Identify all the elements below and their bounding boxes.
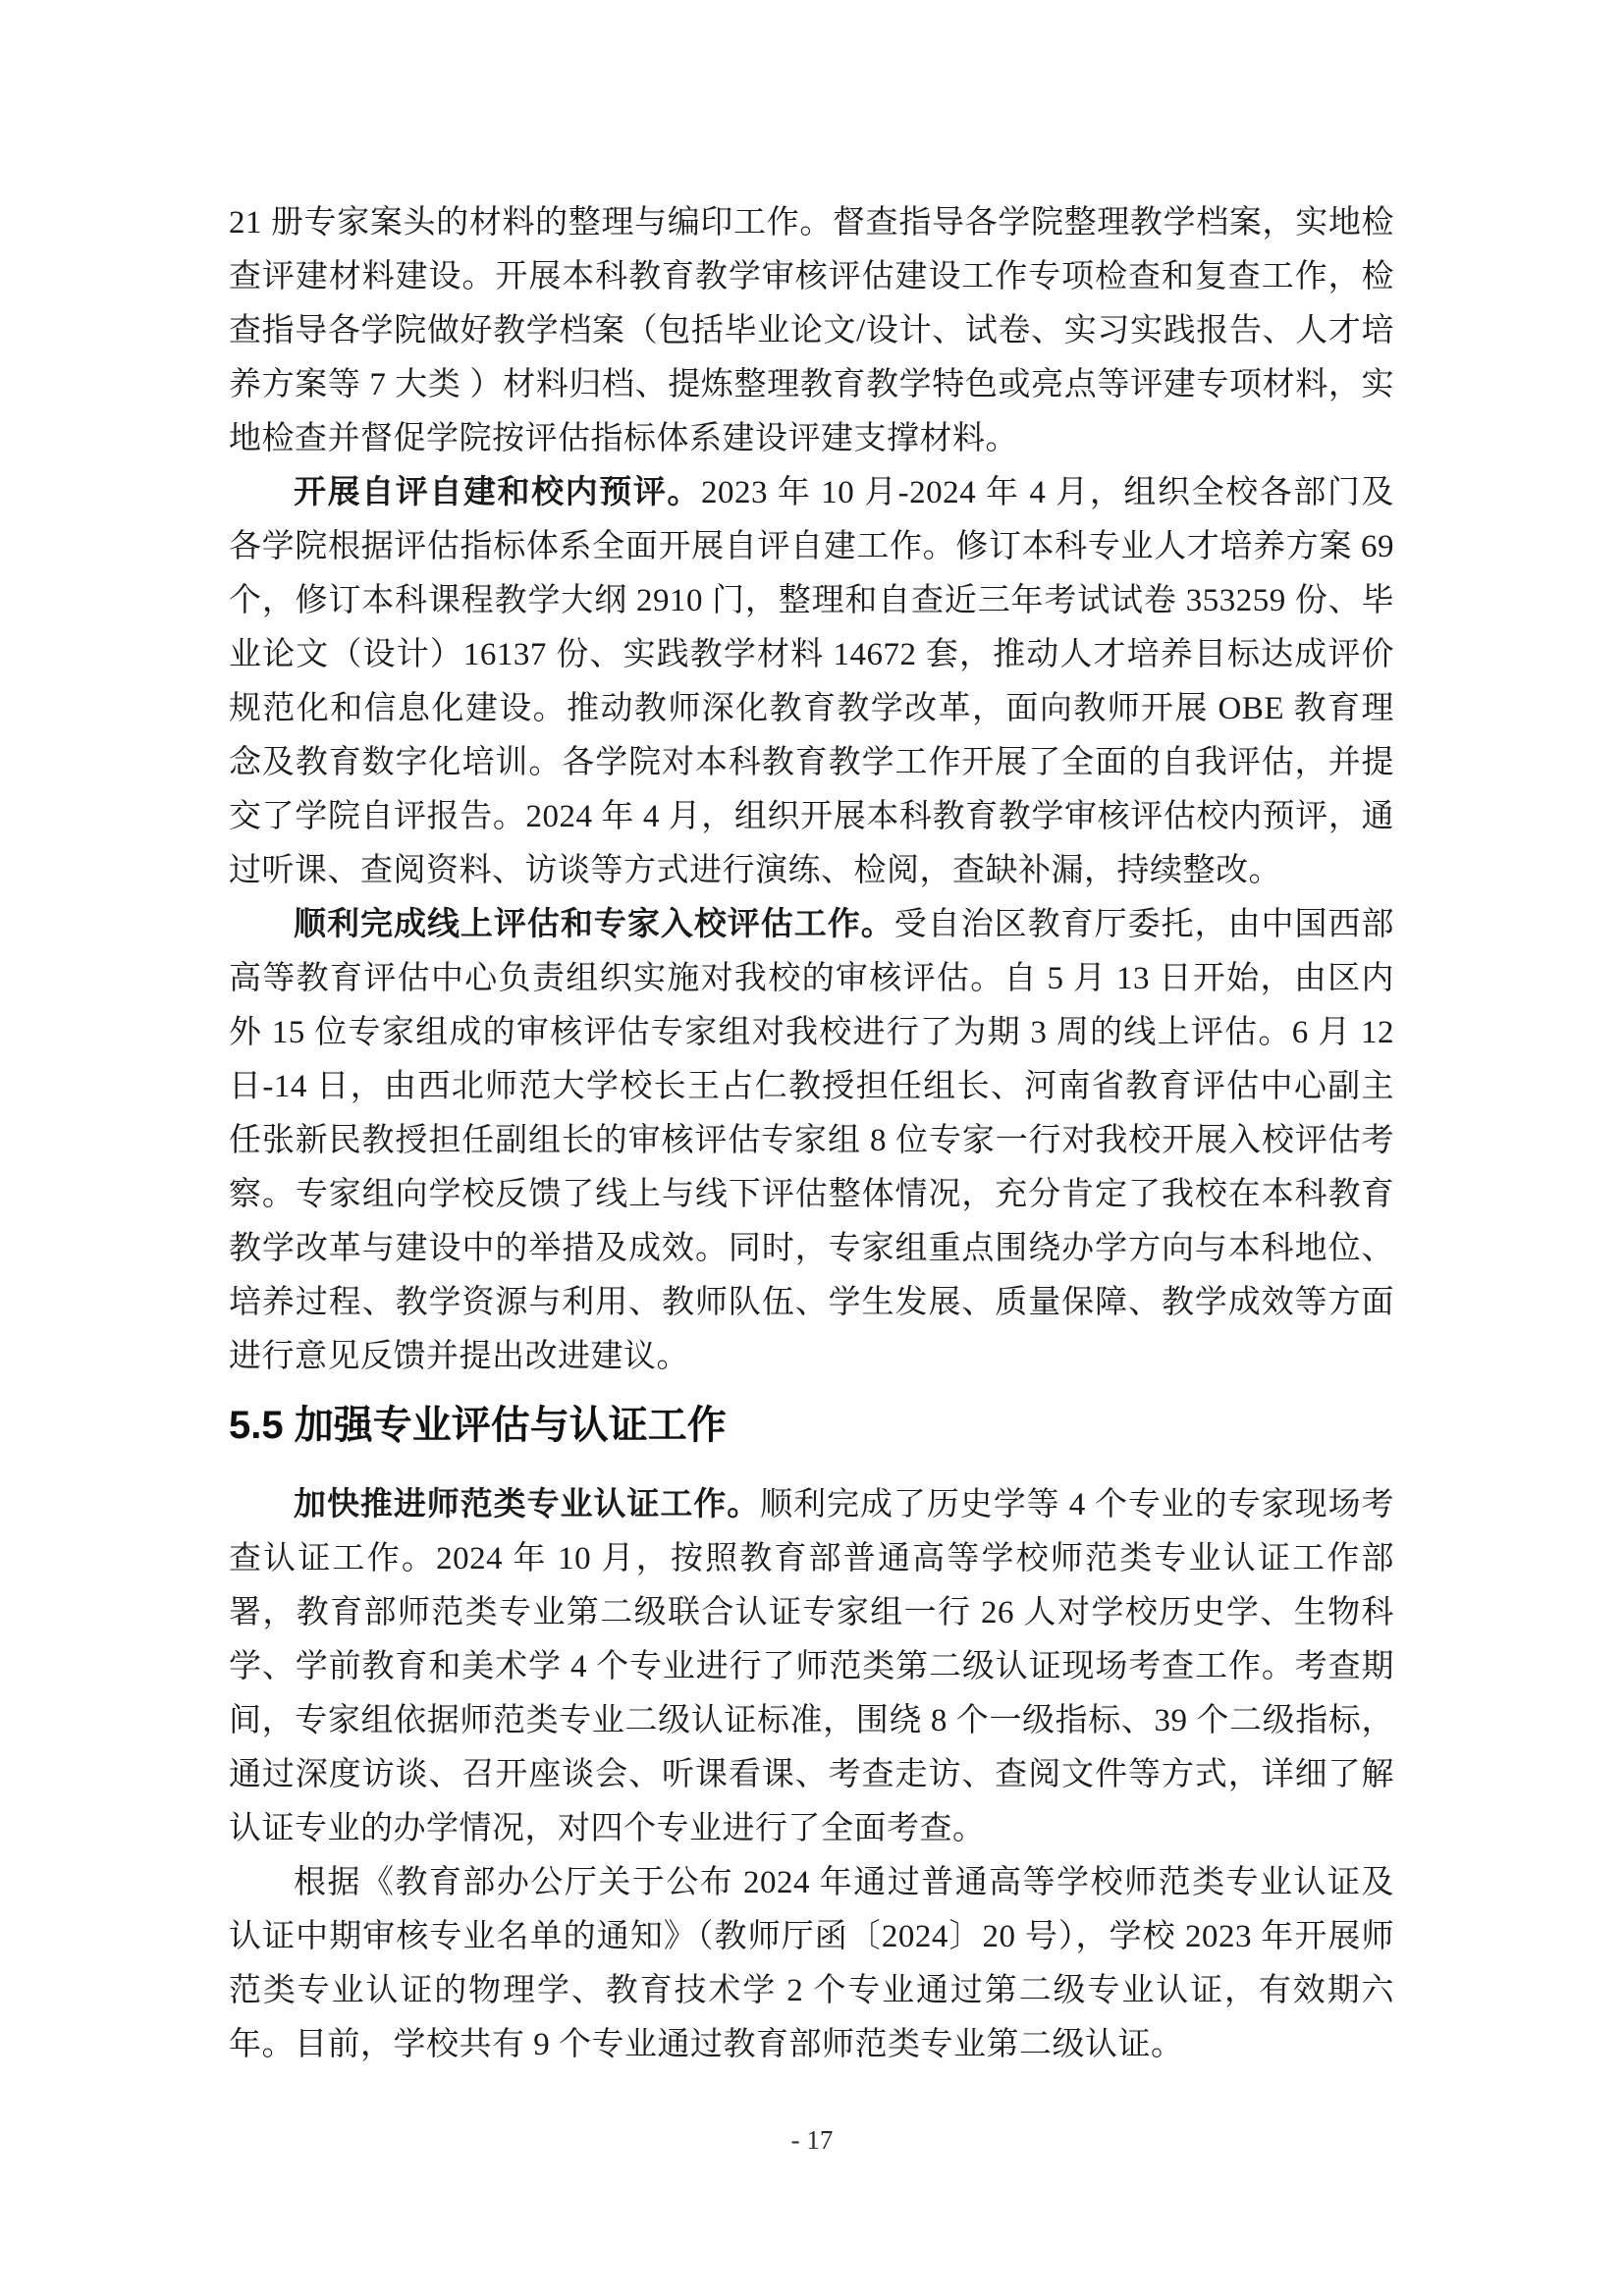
paragraph-text: 根据《教育部办公厅关于公布 2024 年通过普通高等学校师范类专业认证及认证中期… bbox=[229, 1865, 1394, 2062]
paragraph: 根据《教育部办公厅关于公布 2024 年通过普通高等学校师范类专业认证及认证中期… bbox=[229, 1856, 1394, 2072]
paragraph-text: 21 册专家案头的材料的整理与编印工作。督查指导各学院整理教学档案，实地检查评建… bbox=[229, 205, 1394, 456]
paragraph: 加快推进师范类专业认证工作。顺利完成了历史学等 4 个专业的专家现场考查认证工作… bbox=[229, 1478, 1394, 1856]
paragraph-lead: 加快推进师范类专业认证工作。 bbox=[294, 1487, 760, 1522]
paragraph-text: 受自治区教育厅委托，由中国西部高等教育评估中心负责组织实施对我校的审核评估。自 … bbox=[229, 907, 1394, 1374]
paragraph-text: 2023 年 10 月-2024 年 4 月，组织全校各部门及各学院根据评估指标… bbox=[229, 475, 1394, 888]
paragraph: 顺利完成线上评估和专家入校评估工作。受自治区教育厅委托，由中国西部高等教育评估中… bbox=[229, 898, 1394, 1384]
page-footer: - 17 bbox=[0, 2120, 1624, 2160]
paragraph: 开展自评自建和校内预评。2023 年 10 月-2024 年 4 月，组织全校各… bbox=[229, 466, 1394, 898]
paragraph-lead: 顺利完成线上评估和专家入校评估工作。 bbox=[294, 907, 894, 942]
page-content: 21 册专家案头的材料的整理与编印工作。督查指导各学院整理教学档案，实地检查评建… bbox=[229, 196, 1394, 2072]
document-page: 21 册专家案头的材料的整理与编印工作。督查指导各学院整理教学档案，实地检查评建… bbox=[0, 0, 1624, 2296]
paragraph-lead: 开展自评自建和校内预评。 bbox=[294, 475, 701, 510]
paragraph-text: 顺利完成了历史学等 4 个专业的专家现场考查认证工作。2024 年 10 月，按… bbox=[229, 1487, 1394, 1846]
page-number: - 17 bbox=[791, 2125, 834, 2155]
paragraph: 21 册专家案头的材料的整理与编印工作。督查指导各学院整理教学档案，实地检查评建… bbox=[229, 196, 1394, 466]
section-heading: 5.5 加强专业评估与认证工作 bbox=[229, 1396, 1394, 1455]
